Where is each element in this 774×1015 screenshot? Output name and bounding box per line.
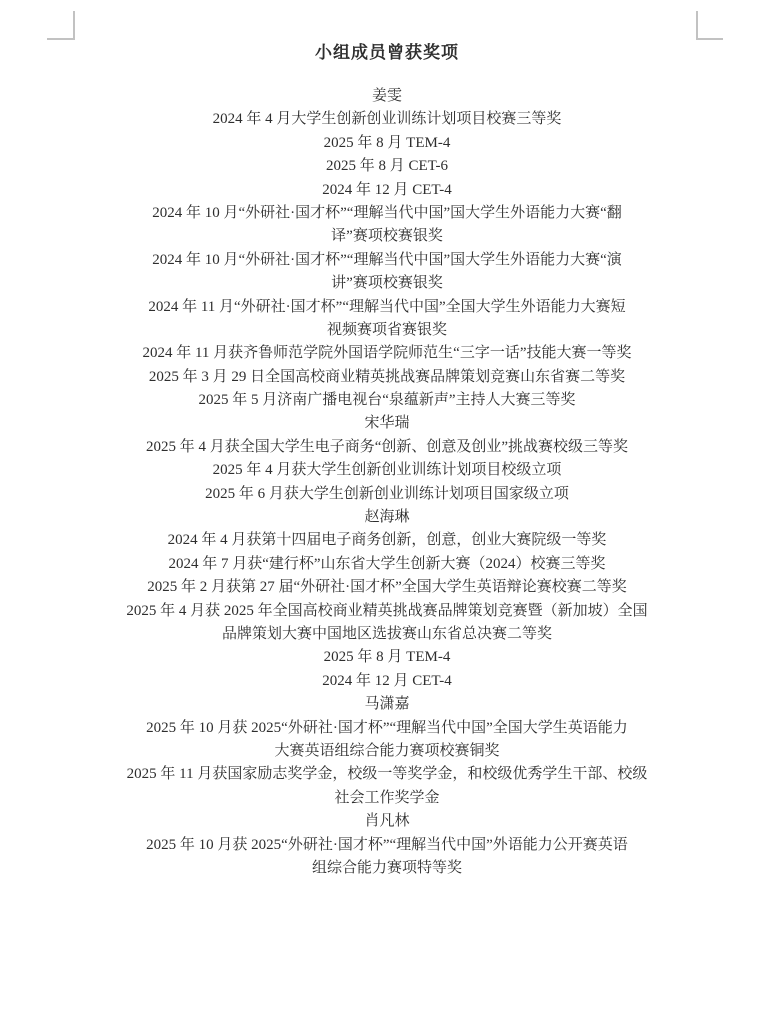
member-name: 马潇嘉	[27, 693, 747, 716]
document-page: 小组成员曾获奖项 姜雯2024 年 4 月大学生创新创业训练计划项目校赛三等奖2…	[0, 0, 774, 1015]
award-line: 2025 年 6 月获大学生创新创业训练计划项目国家级立项	[27, 483, 747, 506]
award-line: 品牌策划大赛中国地区选拔赛山东省总决赛二等奖	[27, 623, 747, 646]
award-line: 2024 年 7 月获“建行杯”山东省大学生创新大赛（2024）校赛三等奖	[27, 553, 747, 576]
award-line: 2024 年 4 月获第十四届电子商务创新，创意，创业大赛院级一等奖	[27, 529, 747, 552]
member-name: 肖凡林	[27, 810, 747, 833]
award-line: 2024 年 4 月大学生创新创业训练计划项目校赛三等奖	[27, 108, 747, 131]
award-line: 2025 年 4 月获全国大学生电子商务“创新、创意及创业”挑战赛校级三等奖	[27, 436, 747, 459]
award-line: 2025 年 8 月 TEM-4	[27, 132, 747, 155]
award-line: 2025 年 5 月济南广播电视台“泉蕴新声”主持人大赛三等奖	[27, 389, 747, 412]
award-line: 大赛英语组综合能力赛项校赛铜奖	[27, 740, 747, 763]
member-name: 姜雯	[27, 85, 747, 108]
award-line: 2024 年 12 月 CET-4	[27, 179, 747, 202]
award-line: 2025 年 4 月获 2025 年全国高校商业精英挑战赛品牌策划竞赛暨（新加坡…	[27, 600, 747, 623]
award-line: 译”赛项校赛银奖	[27, 225, 747, 248]
member-name: 赵海琳	[27, 506, 747, 529]
award-line: 讲”赛项校赛银奖	[27, 272, 747, 295]
award-line: 2024 年 11 月“外研社·国才杯”“理解当代中国”全国大学生外语能力大赛短	[27, 296, 747, 319]
award-line: 2025 年 10 月获 2025“外研社·国才杯”“理解当代中国”外语能力公开…	[27, 834, 747, 857]
award-line: 2025 年 11 月获国家励志奖学金，校级一等奖学金，和校级优秀学生干部、校级	[27, 763, 747, 786]
award-line: 2025 年 8 月 TEM-4	[27, 646, 747, 669]
award-line: 2025 年 10 月获 2025“外研社·国才杯”“理解当代中国”全国大学生英…	[27, 717, 747, 740]
award-line: 2024 年 12 月 CET-4	[27, 670, 747, 693]
member-name: 宋华瑞	[27, 412, 747, 435]
margin-crop-mark-top-left-icon	[47, 11, 75, 40]
awards-list: 姜雯2024 年 4 月大学生创新创业训练计划项目校赛三等奖2025 年 8 月…	[27, 85, 747, 880]
award-line: 2025 年 3 月 29 日全国高校商业精英挑战赛品牌策划竞赛山东省赛二等奖	[27, 366, 747, 389]
award-line: 组综合能力赛项特等奖	[27, 857, 747, 880]
award-line: 2024 年 10 月“外研社·国才杯”“理解当代中国”国大学生外语能力大赛“演	[27, 249, 747, 272]
margin-crop-mark-top-right-icon	[696, 11, 723, 40]
award-line: 2024 年 10 月“外研社·国才杯”“理解当代中国”国大学生外语能力大赛“翻	[27, 202, 747, 225]
document-title: 小组成员曾获奖项	[0, 38, 774, 63]
award-line: 社会工作奖学金	[27, 787, 747, 810]
award-line: 2024 年 11 月获齐鲁师范学院外国语学院师范生“三字一话”技能大赛一等奖	[27, 342, 747, 365]
award-line: 视频赛项省赛银奖	[27, 319, 747, 342]
award-line: 2025 年 4 月获大学生创新创业训练计划项目校级立项	[27, 459, 747, 482]
award-line: 2025 年 2 月获第 27 届“外研社·国才杯”全国大学生英语辩论赛校赛二等…	[27, 576, 747, 599]
award-line: 2025 年 8 月 CET-6	[27, 155, 747, 178]
